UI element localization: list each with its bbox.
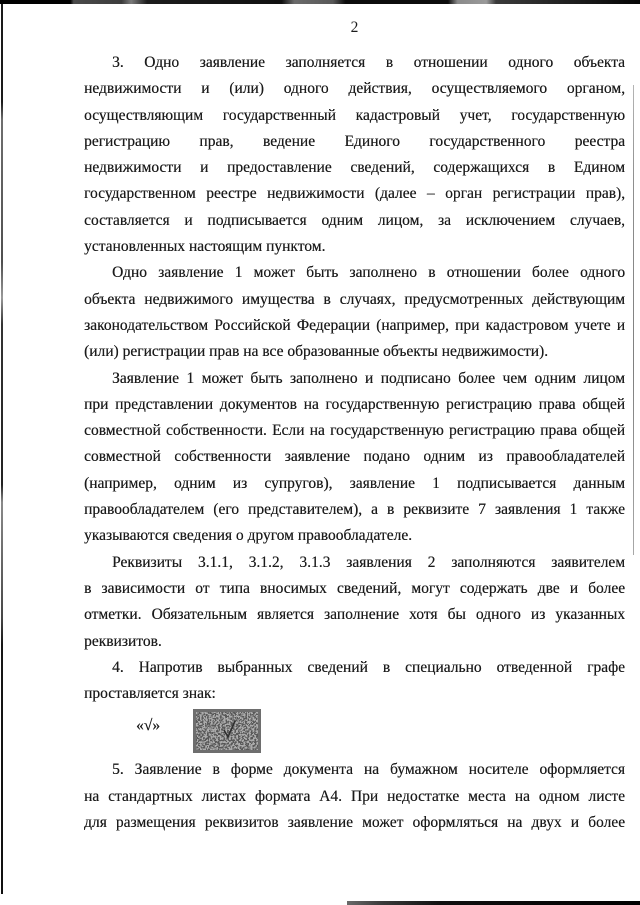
paragraph-line: правообладателем (его представителем), а… [84,497,625,523]
paragraph-line: (или) регистрации прав на все образованн… [84,339,625,365]
paragraph-line: 3. Одно заявление заполняется в отношени… [84,50,625,76]
paragraph-line: в зависимости от типа вносимых сведений,… [84,576,625,602]
paragraph-line: регистрацию прав, ведение Единого госуда… [84,129,625,155]
checkmark-symbol-label: «√» [136,713,160,739]
paragraph-clause-4: 4. Напротив выбранных сведений в специал… [84,655,625,708]
paragraph-line: осуществляющим государственный кадастров… [84,103,625,129]
paragraph-line: проставляется знак: [84,681,625,707]
scan-artifact-left-edge-line [1,4,3,894]
paragraph-line: отметки. Обязательным является заполнени… [84,602,625,628]
paragraph-line: указываются сведения о другом правооблад… [84,523,625,549]
document-body: 3. Одно заявление заполняется в отношени… [84,50,625,836]
paragraph-line: государственном реестре недвижимости (да… [84,181,625,207]
checkmark-sample-row: «√» [84,707,625,757]
scan-artifact-bottom-bar [347,901,640,905]
paragraph-line: законодательством Российской Федерации (… [84,313,625,339]
paragraph-line: Одно заявление 1 может быть заполнено в … [84,260,625,286]
paragraph-clause-3: 3. Одно заявление заполняется в отношени… [84,50,625,260]
paragraph-clause-5: 5. Заявление в форме документа на бумажн… [84,757,625,836]
paragraph-line: совместной собственности заявление подан… [84,444,625,470]
paragraph-line: для размещения реквизитов заявление може… [84,810,625,836]
paragraph-joint-ownership: Заявление 1 может быть заполнено и подпи… [84,366,625,550]
paragraph-requisites: Реквизиты 3.1.1, 3.1.2, 3.1.3 заявления … [84,550,625,655]
page-number: 2 [84,14,625,41]
paragraph-line: 4. Напротив выбранных сведений в специал… [84,655,625,681]
paragraph-line: установленных настоящим пунктом. [84,234,625,260]
paragraph-one-application-multiple-objects: Одно заявление 1 может быть заполнено в … [84,260,625,365]
paragraph-line: Реквизиты 3.1.1, 3.1.2, 3.1.3 заявления … [84,550,625,576]
paragraph-line: при представлении документов на государс… [84,392,625,418]
paragraph-line: составляется и подписывается одним лицом… [84,208,625,234]
paragraph-line: на стандартных листах формата А4. При не… [84,784,625,810]
paragraph-line: совместной собственности. Если на госуда… [84,418,625,444]
paragraph-line: недвижимости и (или) одного действия, ос… [84,76,625,102]
scan-artifact-right-edge-line [633,85,634,555]
scan-artifact-top-bar [0,0,640,4]
paragraph-line: (например, одним из супругов), заявление… [84,471,625,497]
paragraph-line: недвижимости и предоставление сведений, … [84,155,625,181]
paragraph-line: реквизитов. [84,629,625,655]
paragraph-line: Заявление 1 может быть заполнено и подпи… [84,366,625,392]
paragraph-line: 5. Заявление в форме документа на бумажн… [84,757,625,783]
paragraph-line: объекта недвижимого имущества в случаях,… [84,287,625,313]
checkmark-sample-image [193,709,261,753]
